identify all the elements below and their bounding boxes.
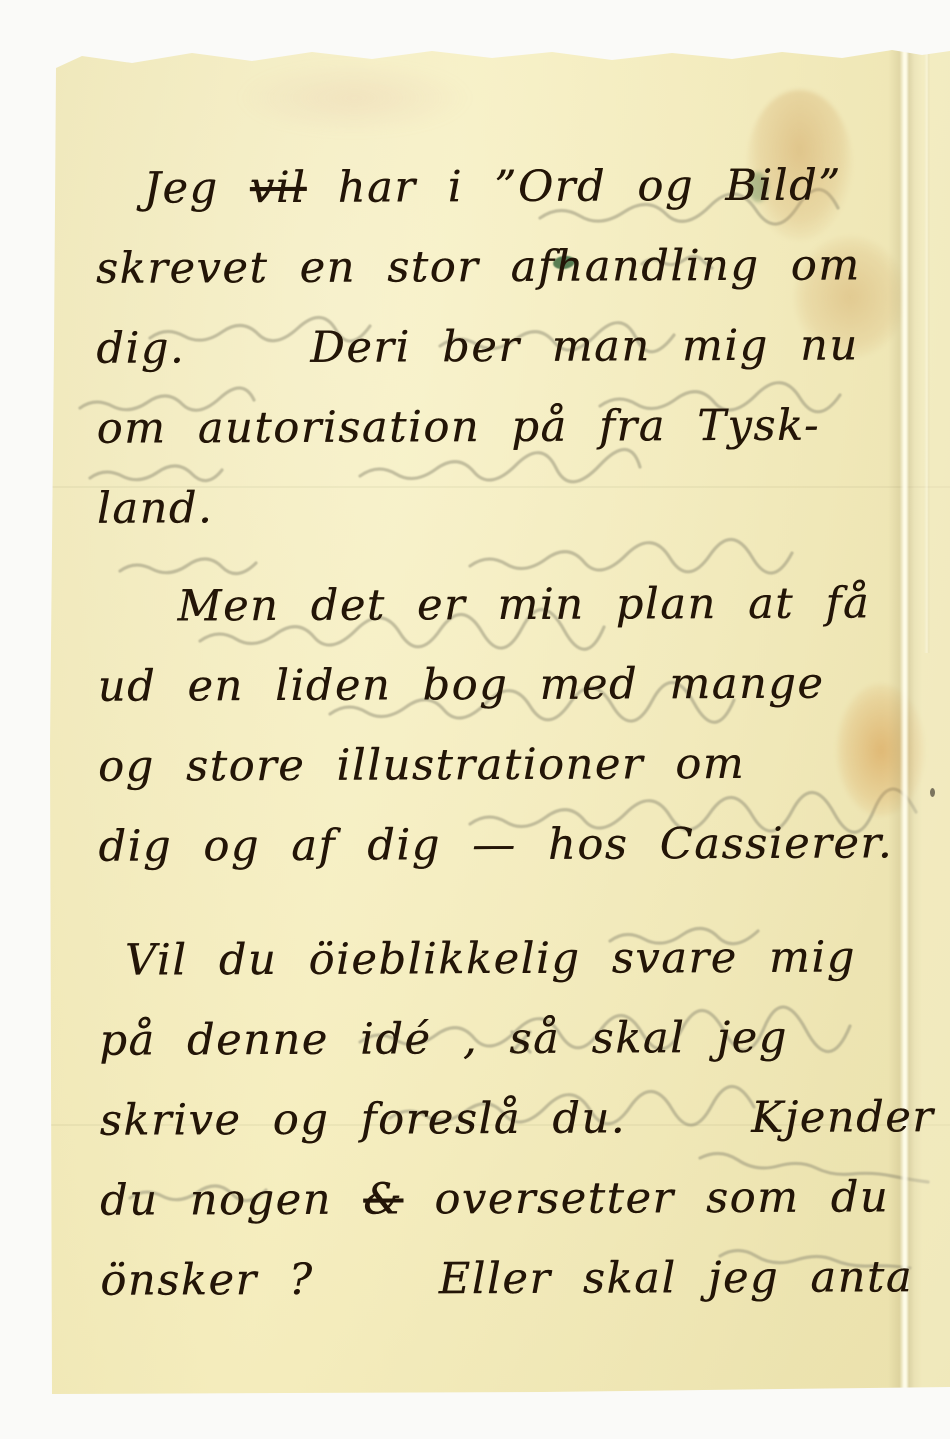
handwriting-line: skrevet en stor afhandling om [96,232,916,316]
struck-out-word: & [363,1174,403,1224]
handwriting-run: Men det er min plan at få [177,578,870,631]
handwriting-run: Vil du öieblikkelig svare mig [125,932,856,985]
handwriting-run: har i ”Ord og Bild” [306,161,842,213]
handwriting-line: og store illustrationer om [98,730,918,814]
handwriting-line: ud en liden bog med mange [98,650,918,734]
handwriting-line: Men det er min plan at få [97,570,917,654]
handwriting-run: dig. Deri ber man mig nu [96,320,859,373]
handwriting-run: om autorisation på fra Tysk- [97,401,821,454]
handwriting-line: om autorisation på fra Tysk- [96,392,916,476]
handwriting-run: oversetter som du [403,1172,889,1224]
handwriting-run: skrive og foreslå du. Kjender [100,1092,935,1146]
handwriting-run: ud en liden bog med mange [98,659,825,712]
handwriting-line: Vil du öieblikkelig svare mig [99,924,919,1008]
handwriting-line: land. [97,472,917,556]
handwriting-line: på denne idé , så skal jeg [99,1004,919,1088]
handwriting-line: skrive og foreslå du. Kjender [100,1084,920,1168]
struck-out-word: vil [250,163,307,213]
handwriting-line: dig og af dig — hos Cassierer. [98,810,918,894]
handwriting-line: önsker ? Eller skal jeg anta [100,1244,920,1328]
handwriting-run: Jeg [143,163,249,213]
handwriting-run: og store illustrationer om [98,739,745,792]
scan-background: Jeg vil har i ”Ord og Bild”skrevet en st… [0,0,950,1439]
fold-crease-vertical-faint [924,46,930,653]
handwriting-run: skrevet en stor afhandling om [96,240,861,293]
handwriting-line: du nogen & oversetter som du [100,1164,920,1248]
letter-paper: Jeg vil har i ”Ord og Bild”skrevet en st… [42,46,950,1395]
handwriting-run: på denne idé , så skal jeg [99,1013,788,1066]
handwriting-run: du nogen [100,1175,363,1226]
handwriting-run: land. [97,483,213,534]
handwriting-run: dig og af dig — hos Cassierer. [98,818,893,871]
handwriting-run: önsker ? Eller skal jeg anta [100,1252,913,1306]
handwriting-line: Jeg vil har i ”Ord og Bild” [95,152,915,236]
letter-text: Jeg vil har i ”Ord og Bild”skrevet en st… [95,152,920,1328]
handwriting-line: dig. Deri ber man mig nu [96,312,916,396]
stain-top-center [237,62,472,134]
